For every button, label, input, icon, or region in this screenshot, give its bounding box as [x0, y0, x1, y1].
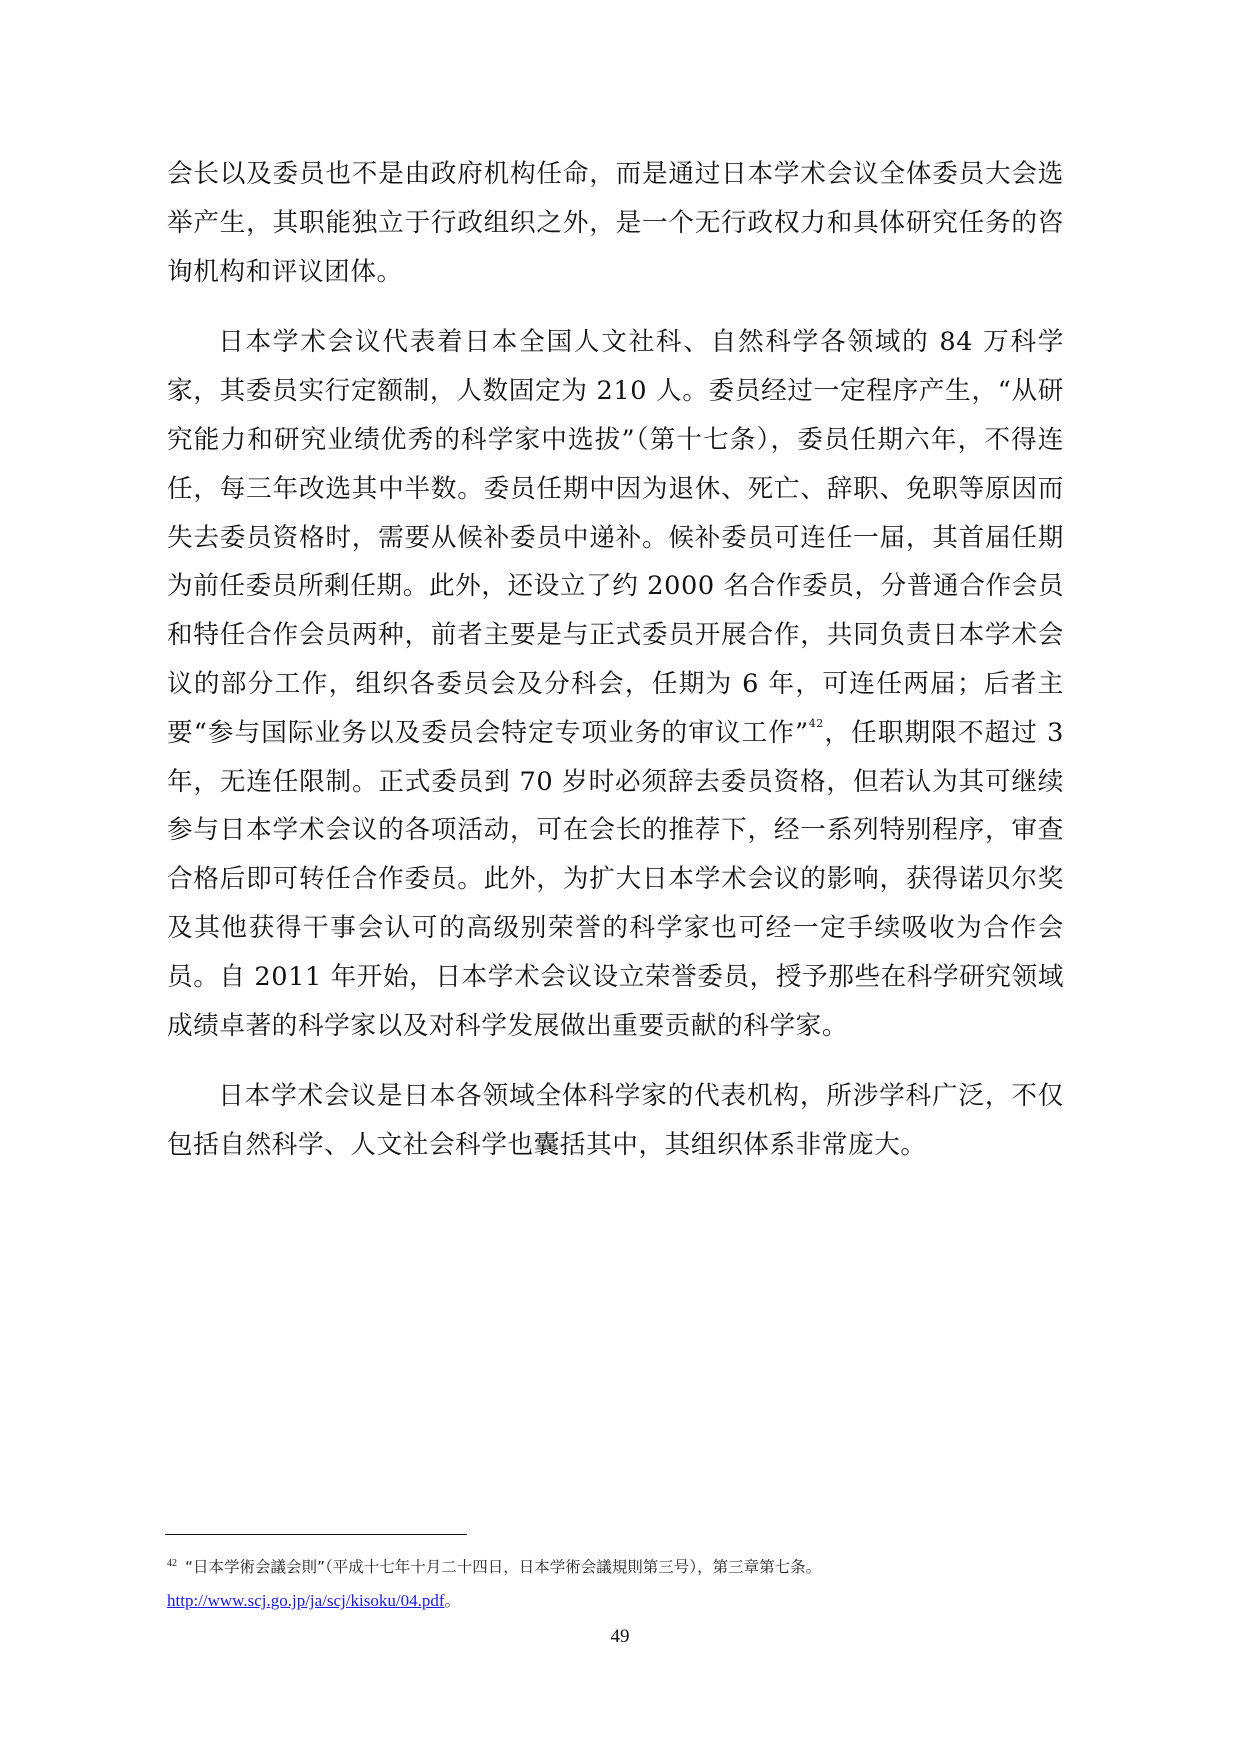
footnote-line-2: http://www.scj.go.jp/ja/scj/kisoku/04.pd… — [167, 1584, 1067, 1618]
footnote-line-1: 42“日本学術会議会則”（平成十七年十月二十四日，日本学術会議規則第三号），第三… — [167, 1551, 1067, 1584]
footnote-42: 42“日本学術会議会則”（平成十七年十月二十四日，日本学術会議規則第三号），第三… — [167, 1551, 1067, 1618]
footnote-ref-42[interactable]: 42 — [809, 717, 824, 730]
footnote-separator — [165, 1534, 467, 1535]
footnote-number: 42 — [167, 1558, 177, 1569]
page-number: 49 — [0, 1626, 1240, 1648]
paragraph-2: 日本学术会议代表着日本全国人文社科、自然科学各领域的 84 万科学家，其委员实行… — [167, 318, 1064, 1050]
footnote-text: “日本学術会議会則”（平成十七年十月二十四日，日本学術会議規則第三号），第三章第… — [185, 1558, 821, 1576]
paragraph-3: 日本学术会议是日本各领域全体科学家的代表机构，所涉学科广泛，不仅包括自然科学、人… — [167, 1072, 1064, 1170]
footnote-link[interactable]: http://www.scj.go.jp/ja/scj/kisoku/04.pd… — [167, 1591, 445, 1610]
paragraph-2-text-after-note: ，任职期限不超过 3 年，无连任限制。正式委员到 70 岁时必须辞去委员资格，但… — [167, 718, 1064, 1041]
footnote-link-suffix: 。 — [445, 1593, 461, 1610]
document-body: 会长以及委员也不是由政府机构任命，而是通过日本学术会议全体委员大会选举产生，其职… — [167, 150, 1064, 1192]
paragraph-1: 会长以及委员也不是由政府机构任命，而是通过日本学术会议全体委员大会选举产生，其职… — [167, 150, 1064, 296]
paragraph-2-text-before-note: 日本学术会议代表着日本全国人文社科、自然科学各领域的 84 万科学家，其委员实行… — [167, 327, 1064, 747]
